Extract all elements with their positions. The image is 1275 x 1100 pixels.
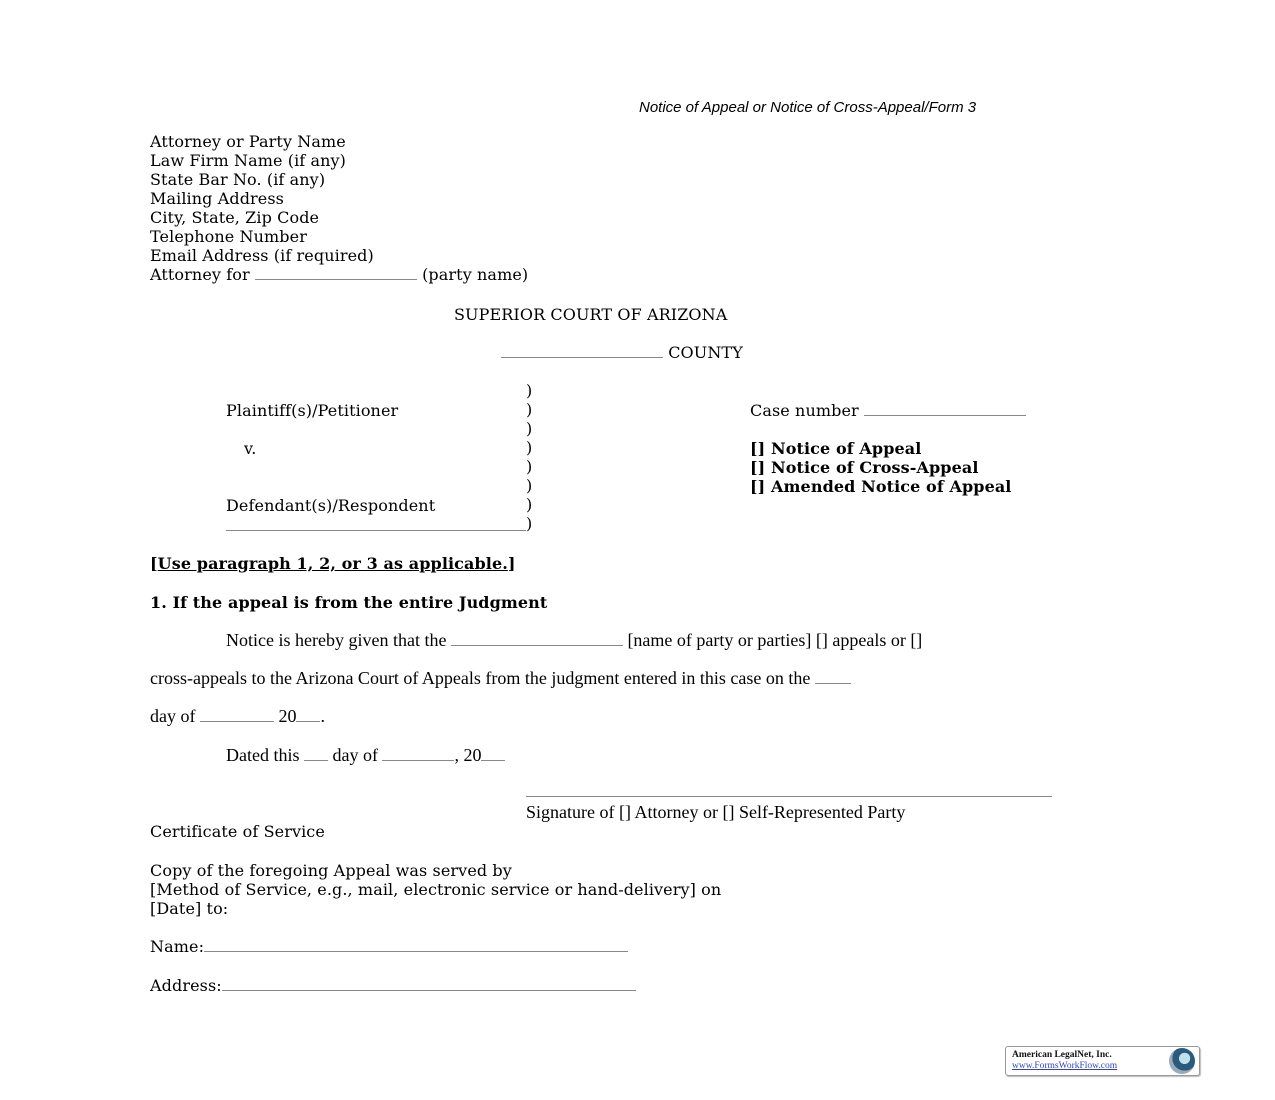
section1-line1: Notice is hereby given that the [name of… bbox=[226, 631, 922, 650]
attorney-for-line: Attorney for (party name) bbox=[150, 265, 528, 284]
signature-label: Signature of [] Attorney or [] Self-Repr… bbox=[526, 803, 905, 822]
dated-month-blank[interactable] bbox=[382, 746, 454, 761]
case-number-blank[interactable] bbox=[864, 401, 1026, 416]
county-blank[interactable] bbox=[501, 343, 663, 358]
attorney-line: Mailing Address bbox=[150, 189, 528, 208]
judgment-day-blank[interactable] bbox=[815, 669, 851, 684]
section1-line2: cross-appeals to the Arizona Court of Ap… bbox=[150, 669, 851, 688]
attorney-line: Law Firm Name (if any) bbox=[150, 151, 528, 170]
served-address-blank[interactable] bbox=[222, 976, 636, 991]
badge-company: American LegalNet, Inc. bbox=[1012, 1050, 1112, 1060]
judgment-month-blank[interactable] bbox=[200, 707, 274, 722]
party-names-blank[interactable] bbox=[451, 631, 623, 646]
notice-type-options: [] Notice of Appeal [] Notice of Cross-A… bbox=[750, 439, 1012, 496]
party-name-blank[interactable] bbox=[255, 265, 417, 280]
attorney-line: Email Address (if required) bbox=[150, 246, 528, 265]
badge-url-link[interactable]: www.FormsWorkFlow.com bbox=[1012, 1061, 1117, 1071]
section1-line3: day of 20. bbox=[150, 707, 325, 726]
defendant-name-blank[interactable] bbox=[226, 530, 526, 531]
certificate-body: Copy of the foregoing Appeal was served … bbox=[150, 861, 721, 918]
american-legalnet-badge[interactable]: American LegalNet, Inc. www.FormsWorkFlo… bbox=[1005, 1046, 1200, 1076]
dated-line: Dated this day of , 20 bbox=[226, 746, 505, 765]
served-name-line: Name: bbox=[150, 937, 628, 956]
attorney-line: Telephone Number bbox=[150, 227, 528, 246]
option-notice-of-cross-appeal[interactable]: [] Notice of Cross-Appeal bbox=[750, 458, 1012, 477]
dated-year-blank[interactable] bbox=[481, 746, 505, 761]
caption-parens: ) ) ) ) ) ) ) ) bbox=[526, 381, 532, 533]
dated-day-blank[interactable] bbox=[304, 746, 328, 761]
served-name-blank[interactable] bbox=[204, 937, 628, 952]
attorney-line: State Bar No. (if any) bbox=[150, 170, 528, 189]
court-name: SUPERIOR COURT OF ARIZONA bbox=[454, 305, 727, 324]
option-amended-notice-of-appeal[interactable]: [] Amended Notice of Appeal bbox=[750, 477, 1012, 496]
certificate-title: Certificate of Service bbox=[150, 822, 325, 841]
option-notice-of-appeal[interactable]: [] Notice of Appeal bbox=[750, 439, 1012, 458]
globe-logo-icon bbox=[1169, 1048, 1195, 1074]
attorney-line: Attorney or Party Name bbox=[150, 132, 528, 151]
instructions: [Use paragraph 1, 2, or 3 as applicable.… bbox=[150, 554, 516, 573]
case-number-line: Case number bbox=[750, 401, 1026, 420]
county-line: COUNTY bbox=[501, 343, 743, 362]
versus-label: v. bbox=[244, 439, 256, 458]
served-address-line: Address: bbox=[150, 976, 636, 995]
attorney-block: Attorney or Party Name Law Firm Name (if… bbox=[150, 132, 528, 284]
defendant-label: Defendant(s)/Respondent bbox=[226, 496, 435, 515]
section1-heading: 1. If the appeal is from the entire Judg… bbox=[150, 593, 547, 612]
judgment-year-blank[interactable] bbox=[296, 707, 320, 722]
attorney-line: City, State, Zip Code bbox=[150, 208, 528, 227]
signature-blank[interactable] bbox=[526, 796, 1052, 797]
form-title: Notice of Appeal or Notice of Cross-Appe… bbox=[639, 99, 976, 116]
plaintiff-label: Plaintiff(s)/Petitioner bbox=[226, 401, 398, 420]
